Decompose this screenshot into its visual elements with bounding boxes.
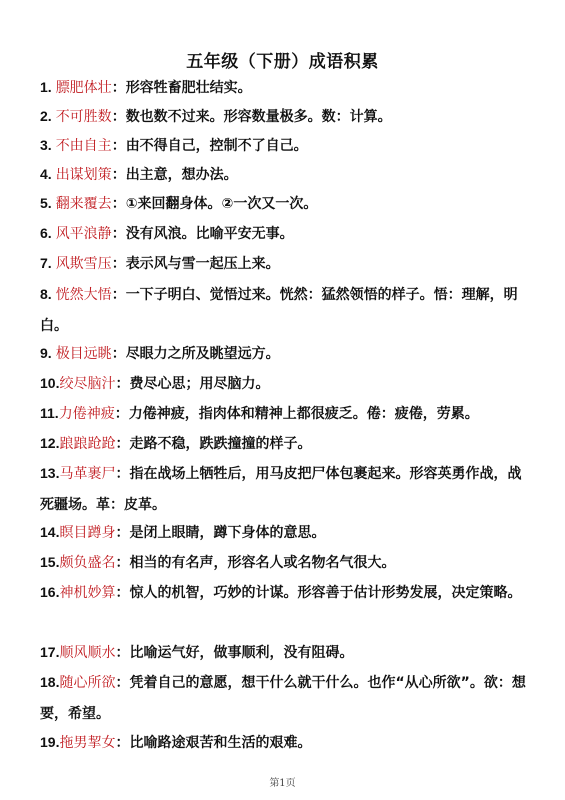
idiom-term: 力倦神疲 [59, 406, 115, 422]
item-number: 6. [40, 225, 52, 241]
item-number: 10. [40, 375, 59, 391]
idiom-term: 颇负盛名 [59, 555, 115, 571]
separator: ： [112, 256, 126, 272]
separator: ： [112, 138, 126, 154]
separator: ： [115, 525, 129, 541]
idiom-definition: 由不得自己，控制不了自己。 [126, 138, 308, 154]
idiom-term: 瞑目蹲身 [59, 525, 115, 541]
separator: ： [112, 226, 126, 242]
separator: ： [115, 675, 129, 691]
separator: ： [115, 436, 129, 452]
item-number: 5. [40, 195, 52, 211]
separator: ： [112, 109, 126, 125]
idiom-term: 拖男挈女 [59, 735, 115, 751]
idiom-term: 极目远眺 [56, 346, 112, 362]
separator: ： [115, 555, 129, 571]
idiom-term: 马革裹尸 [59, 466, 115, 482]
list-item: 4.出谋划策：出主意，想办法。 [40, 159, 530, 191]
idiom-definition: 走路不稳，跌跌撞撞的样子。 [129, 436, 311, 452]
item-number: 17. [40, 644, 59, 660]
item-number: 7. [40, 255, 52, 271]
idiom-term: 随心所欲 [59, 675, 115, 691]
idiom-term: 顺风顺水 [59, 645, 115, 661]
list-item: 1.膘肥体壮：形容牲畜肥壮结实。 [40, 72, 530, 104]
list-item: 7.风欺雪压：表示风与雪一起压上来。 [40, 248, 530, 280]
item-number: 12. [40, 435, 59, 451]
item-number: 9. [40, 345, 52, 361]
page-number: 第1页 [0, 774, 565, 789]
separator: ： [112, 80, 126, 96]
idiom-definition: 表示风与雪一起压上来。 [126, 256, 280, 272]
item-number: 16. [40, 584, 59, 600]
item-number: 3. [40, 137, 52, 153]
list-item: 18.随心所欲：凭着自己的意愿，想干什么就干什么。也作“从心所欲”。欲：想要，希… [40, 667, 530, 730]
idiom-definition: 出主意，想办法。 [126, 167, 238, 183]
list-item: 2.不可胜数：数也数不过来。形容数量极多。数：计算。 [40, 101, 530, 133]
separator: ： [115, 585, 129, 601]
idiom-term: 恍然大悟 [56, 287, 112, 303]
separator: ： [115, 466, 129, 482]
idiom-term: 不由自主 [56, 138, 112, 154]
list-item: 12.踉踉跄跄：走路不稳，跌跌撞撞的样子。 [40, 428, 530, 460]
list-item: 16.神机妙算：惊人的机智，巧妙的计谋。形容善于估计形势发展，决定策略。 [40, 577, 530, 609]
idiom-term: 出谋划策 [56, 167, 112, 183]
item-number: 14. [40, 524, 59, 540]
idiom-term: 翻来覆去 [56, 196, 112, 212]
idiom-term: 踉踉跄跄 [59, 436, 115, 452]
page-title: 五年级（下册）成语积累 [0, 47, 565, 72]
list-item: 11.力倦神疲：力倦神疲，指肉体和精神上都很疲乏。倦：疲倦，劳累。 [40, 398, 530, 430]
idiom-definition: 形容牲畜肥壮结实。 [126, 80, 252, 96]
separator: ： [115, 406, 129, 422]
list-item: 8.恍然大悟：一下子明白、觉悟过来。恍然：猛然领悟的样子。悟：理解，明白。 [40, 279, 530, 342]
idiom-term: 绞尽脑汁 [59, 376, 115, 392]
idiom-definition: 比喻路途艰苦和生活的艰难。 [129, 735, 311, 751]
idiom-definition: 比喻运气好，做事顺利，没有阻碍。 [129, 645, 353, 661]
list-item: 3.不由自主：由不得自己，控制不了自己。 [40, 130, 530, 162]
separator: ： [112, 167, 126, 183]
list-item: 15.颇负盛名：相当的有名声，形容名人或名物名气很大。 [40, 547, 530, 579]
separator: ： [112, 346, 126, 362]
idiom-term: 风欺雪压 [56, 256, 112, 272]
list-item: 6.风平浪静：没有风浪。比喻平安无事。 [40, 218, 530, 250]
item-number: 4. [40, 166, 52, 182]
item-number: 18. [40, 674, 59, 690]
idiom-definition: 数也数不过来。形容数量极多。数：计算。 [126, 109, 392, 125]
list-item: 13.马革裹尸：指在战场上牺牲后，用马皮把尸体包裹起来。形容英勇作战，战死疆场。… [40, 458, 530, 521]
idiom-definition: ①来回翻身体。②一次又一次。 [126, 196, 318, 212]
idiom-definition: 力倦神疲，指肉体和精神上都很疲乏。倦：疲倦，劳累。 [129, 406, 479, 422]
separator: ： [115, 645, 129, 661]
idiom-term: 不可胜数 [56, 109, 112, 125]
item-number: 19. [40, 734, 59, 750]
idiom-term: 神机妙算 [59, 585, 115, 601]
item-number: 2. [40, 108, 52, 124]
item-number: 11. [40, 405, 59, 421]
idiom-definition: 没有风浪。比喻平安无事。 [126, 226, 294, 242]
list-item: 19.拖男挈女：比喻路途艰苦和生活的艰难。 [40, 727, 530, 759]
idiom-definition: 尽眼力之所及眺望远方。 [126, 346, 280, 362]
list-item: 10.绞尽脑汁：费尽心思；用尽脑力。 [40, 368, 530, 400]
idiom-term: 膘肥体壮 [56, 80, 112, 96]
item-number: 15. [40, 554, 59, 570]
idiom-definition: 惊人的机智，巧妙的计谋。形容善于估计形势发展，决定策略。 [129, 585, 521, 601]
list-item: 17.顺风顺水：比喻运气好，做事顺利，没有阻碍。 [40, 637, 530, 669]
list-item: 14.瞑目蹲身：是闭上眼睛，蹲下身体的意思。 [40, 517, 530, 549]
idiom-term: 风平浪静 [56, 226, 112, 242]
idiom-definition: 费尽心思；用尽脑力。 [129, 376, 269, 392]
idiom-definition: 相当的有名声，形容名人或名物名气很大。 [129, 555, 395, 571]
separator: ： [112, 196, 126, 212]
idiom-definition: 是闭上眼睛，蹲下身体的意思。 [129, 525, 325, 541]
list-item: 5.翻来覆去：①来回翻身体。②一次又一次。 [40, 188, 530, 220]
separator: ： [115, 735, 129, 751]
list-item: 9.极目远眺：尽眼力之所及眺望远方。 [40, 338, 530, 370]
separator: ： [115, 376, 129, 392]
item-number: 1. [40, 79, 52, 95]
item-number: 8. [40, 286, 52, 302]
separator: ： [112, 287, 126, 303]
item-number: 13. [40, 465, 59, 481]
document-page: 五年级（下册）成语积累 1.膘肥体壮：形容牲畜肥壮结实。 2.不可胜数：数也数不… [0, 0, 565, 800]
